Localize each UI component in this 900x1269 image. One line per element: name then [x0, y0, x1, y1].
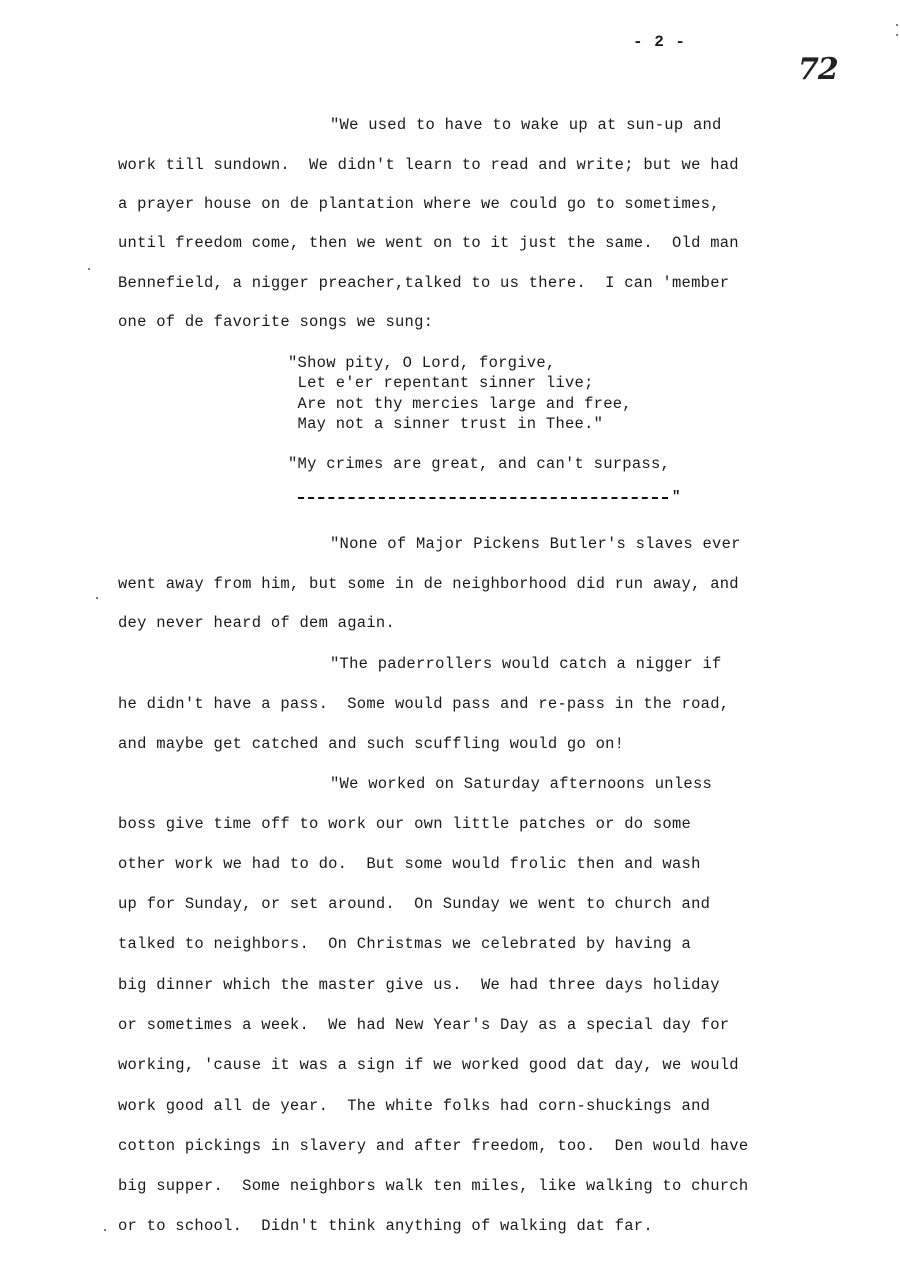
- paragraph-line: talked to neighbors. On Christmas we cel…: [118, 935, 691, 953]
- verse-line: May not a sinner trust in Thee.": [288, 415, 603, 433]
- paragraph-line: a prayer house on de plantation where we…: [118, 195, 720, 213]
- verse-line: Let e'er repentant sinner live;: [288, 374, 594, 392]
- scan-speck: [896, 34, 898, 36]
- paragraph-line: other work we had to do. But some would …: [118, 855, 701, 873]
- paragraph-line: one of de favorite songs we sung:: [118, 313, 433, 331]
- paragraph-line: work till sundown. We didn't learn to re…: [118, 156, 739, 174]
- scan-speck: [104, 1229, 106, 1231]
- folio-number: 72: [798, 52, 838, 87]
- paragraph-line: until freedom come, then we went on to i…: [118, 234, 739, 252]
- omission-dashes: [298, 497, 668, 499]
- paragraph-line: or sometimes a week. We had New Year's D…: [118, 1016, 729, 1034]
- paragraph-line: "None of Major Pickens Butler's slaves e…: [330, 535, 741, 553]
- scan-speck: [96, 597, 98, 599]
- paragraph-line: work good all de year. The white folks h…: [118, 1097, 710, 1115]
- verse-line: Are not thy mercies large and free,: [288, 395, 632, 413]
- paragraph-line: up for Sunday, or set around. On Sunday …: [118, 895, 710, 913]
- paragraph-line: Bennefield, a nigger preacher,talked to …: [118, 274, 729, 292]
- document-page: - 2 - 72 "We used to have to wake up at …: [0, 0, 900, 1269]
- paragraph-line: "We used to have to wake up at sun-up an…: [330, 116, 722, 134]
- paragraph-line: went away from him, but some in de neigh…: [118, 575, 739, 593]
- scan-speck: [88, 268, 90, 270]
- paragraph-line: and maybe get catched and such scuffling…: [118, 735, 624, 753]
- paragraph-line: working, 'cause it was a sign if we work…: [118, 1056, 739, 1074]
- scan-speck: [896, 24, 898, 26]
- verse-line: "My crimes are great, and can't surpass,: [288, 455, 670, 473]
- paragraph-line: big dinner which the master give us. We …: [118, 976, 720, 994]
- paragraph-line: cotton pickings in slavery and after fre…: [118, 1137, 748, 1155]
- paragraph-line: or to school. Didn't think anything of w…: [118, 1217, 653, 1235]
- paragraph-line: "We worked on Saturday afternoons unless: [330, 775, 712, 793]
- paragraph-line: he didn't have a pass. Some would pass a…: [118, 695, 729, 713]
- paragraph-line: dey never heard of dem again.: [118, 614, 395, 632]
- paragraph-line: big supper. Some neighbors walk ten mile…: [118, 1177, 748, 1195]
- closing-quote: ": [672, 489, 680, 505]
- paragraph-line: "The paderrollers would catch a nigger i…: [330, 655, 722, 673]
- page-number: - 2 -: [633, 33, 686, 51]
- paragraph-line: boss give time off to work our own littl…: [118, 815, 691, 833]
- verse-line: "Show pity, O Lord, forgive,: [288, 354, 555, 372]
